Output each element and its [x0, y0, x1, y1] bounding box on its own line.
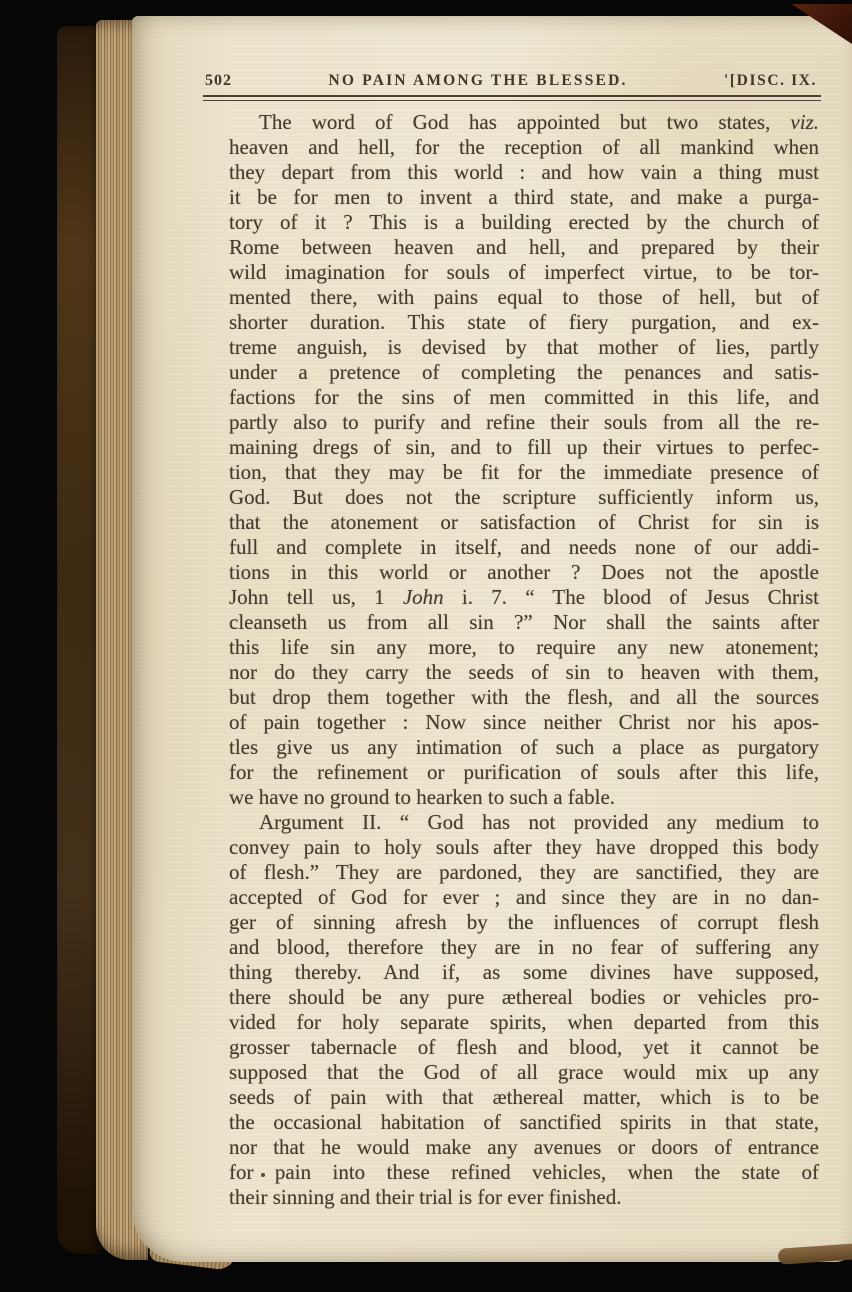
text-line: they depart from this world : and how va…	[229, 160, 819, 185]
text-line: wild imagination for souls of imperfect …	[229, 260, 819, 285]
text-line: of flesh.” They are pardoned, they are s…	[229, 860, 819, 885]
text-line: under a pretence of completing the penan…	[229, 360, 819, 385]
section-label: '[DISC. IX.	[724, 72, 817, 90]
text-line: and blood, therefore they are in no fear…	[229, 935, 819, 960]
page-number: 502	[205, 72, 232, 90]
text-line: factions for the sins of men committed i…	[229, 385, 819, 410]
text-line: Rome between heaven and hell, and prepar…	[229, 235, 819, 260]
text-line: the occasional habitation of sanctified …	[229, 1110, 819, 1135]
text-line: seeds of pain with that æthereal matter,…	[229, 1085, 819, 1110]
text-line: this life sin any more, to require any n…	[229, 635, 819, 660]
text-line: supposed that the God of all grace would…	[229, 1060, 819, 1085]
page-header: 502 NO PAIN AMONG THE BLESSED. '[DISC. I…	[203, 72, 821, 90]
text-line: it be for men to invent a third state, a…	[229, 185, 819, 210]
text-line: partly also to purify and refine their s…	[229, 410, 819, 435]
text-line: tion, that they may be fit for the immed…	[229, 460, 819, 485]
text-line: vided for holy separate spirits, when de…	[229, 1010, 819, 1035]
text-line: ger of sinning afresh by the influences …	[229, 910, 819, 935]
text-line: John tell us, 1 John i. 7. “ The blood o…	[229, 585, 819, 610]
text-line: for the refinement or purification of so…	[229, 760, 819, 785]
text-line: tory of it ? This is a building erected …	[229, 210, 819, 235]
text-line: there should be any pure æthereal bodies…	[229, 985, 819, 1010]
page-body: The word of God has appointed but two st…	[203, 110, 821, 1210]
header-double-rule	[203, 95, 821, 101]
text-line: we have no ground to hearken to such a f…	[229, 785, 819, 810]
text-line: Argument II. “ God has not provided any …	[229, 810, 819, 835]
text-line: nor that he would make any avenues or do…	[229, 1135, 819, 1160]
text-line: nor do they carry the seeds of sin to he…	[229, 660, 819, 685]
text-line: convey pain to holy souls after they hav…	[229, 835, 819, 860]
text-line: maining dregs of sin, and to fill up the…	[229, 435, 819, 460]
text-column: 502 NO PAIN AMONG THE BLESSED. '[DISC. I…	[203, 72, 821, 1210]
text-line: The word of God has appointed but two st…	[229, 110, 819, 135]
text-line: accepted of God for ever ; and since the…	[229, 885, 819, 910]
text-line: shorter duration. This state of fiery pu…	[229, 310, 819, 335]
text-line: tions in this world or another ? Does no…	[229, 560, 819, 585]
text-line: full and complete in itself, and needs n…	[229, 535, 819, 560]
text-line: grosser tabernacle of flesh and blood, y…	[229, 1035, 819, 1060]
text-line: for pain into these refined vehicles, wh…	[229, 1160, 819, 1185]
book-photo: 502 NO PAIN AMONG THE BLESSED. '[DISC. I…	[0, 0, 852, 1292]
text-line: thing thereby. And if, as some divines h…	[229, 960, 819, 985]
text-line: cleanseth us from all sin ?” Nor shall t…	[229, 610, 819, 635]
text-line: God. But does not the scripture sufficie…	[229, 485, 819, 510]
text-line: of pain together : Now since neither Chr…	[229, 710, 819, 735]
text-line: but drop them together with the flesh, a…	[229, 685, 819, 710]
text-line: treme anguish, is devised by that mother…	[229, 335, 819, 360]
text-line: mented there, with pains equal to those …	[229, 285, 819, 310]
text-line: heaven and hell, for the reception of al…	[229, 135, 819, 160]
text-line: tles give us any intimation of such a pl…	[229, 735, 819, 760]
text-line: their sinning and their trial is for eve…	[229, 1185, 819, 1210]
text-line: that the atonement or satisfaction of Ch…	[229, 510, 819, 535]
running-title: NO PAIN AMONG THE BLESSED.	[328, 72, 627, 90]
